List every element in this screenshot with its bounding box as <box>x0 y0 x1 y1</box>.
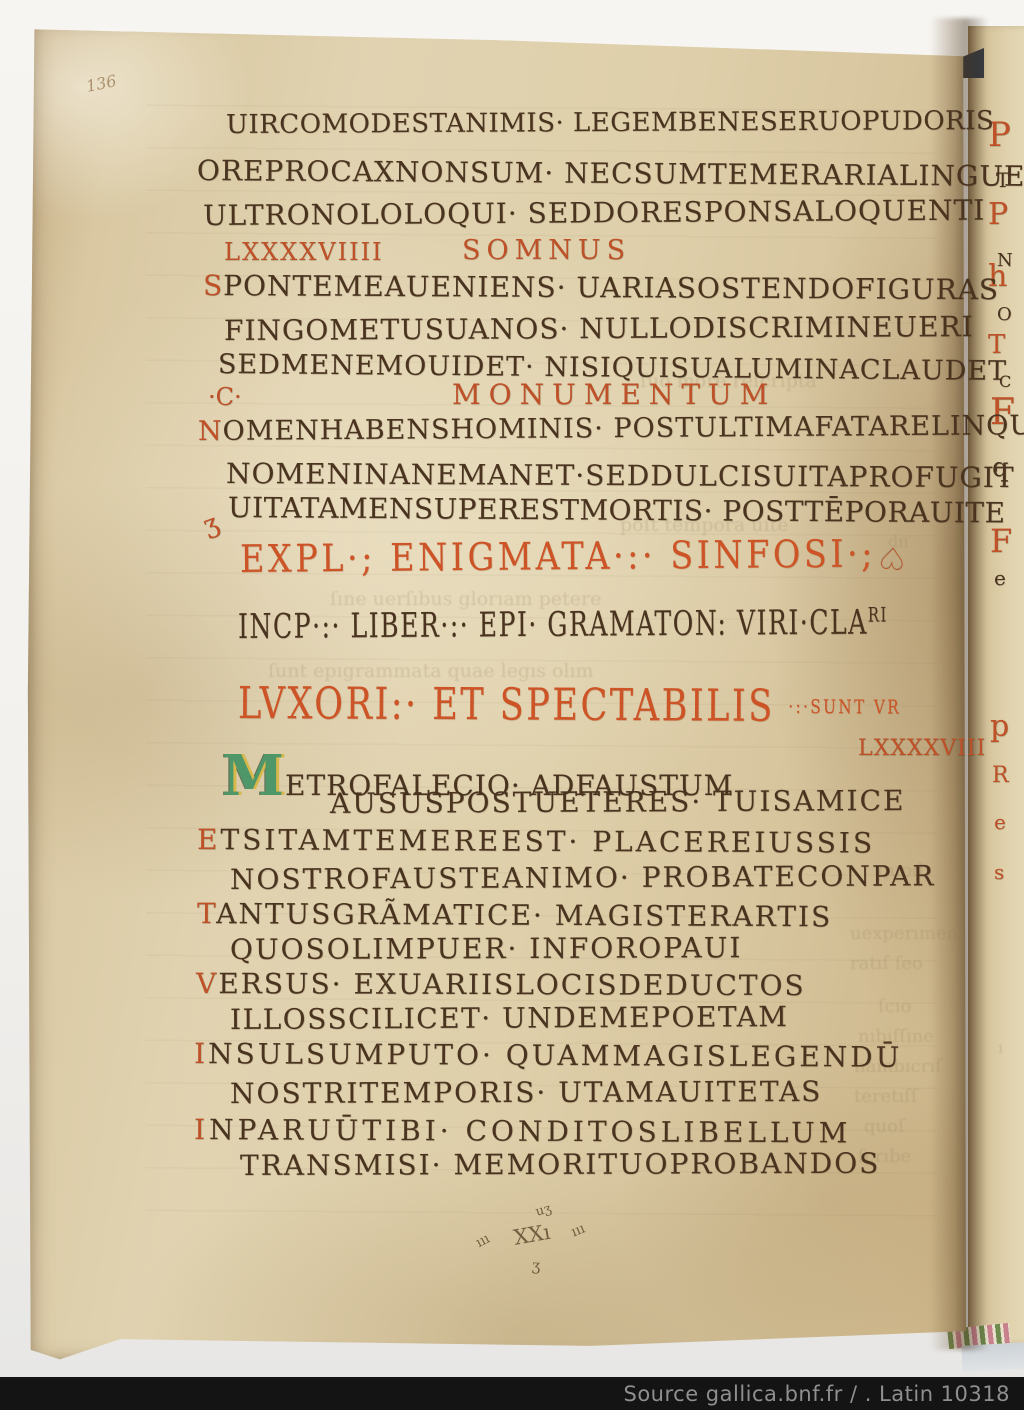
quire-number: XXı <box>512 1222 552 1249</box>
caption-bar: Source gallica.bnf.fr / . Latin 10318 <box>0 1377 1024 1410</box>
quire-mark-layer: uʒıııXXııııʒ <box>0 0 1024 1410</box>
quire-mark-flourish: uʒ <box>534 1202 553 1219</box>
source-caption: Source gallica.bnf.fr / . Latin 10318 <box>623 1382 1010 1406</box>
body-text: ʒ <box>531 1256 541 1275</box>
quire-mark-ticks: ııı <box>474 1232 492 1251</box>
body-text: ııı <box>473 1231 492 1251</box>
body-text: uʒ <box>534 1201 553 1220</box>
quire-mark-flourish: ʒ <box>531 1258 541 1274</box>
quire-mark-ticks: ııı <box>569 1221 587 1239</box>
manuscript-photo: PTPNhOTCFqFepResı 136 ſuo more reſcrıpta… <box>0 0 1024 1410</box>
body-text: XXı <box>512 1220 552 1250</box>
body-text: ııı <box>569 1221 587 1241</box>
